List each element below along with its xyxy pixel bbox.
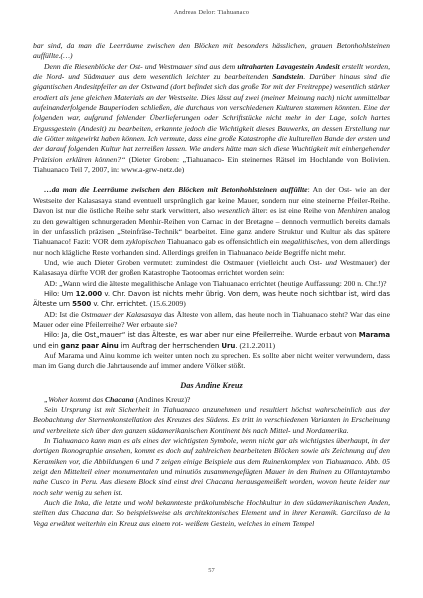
text-run: Auch die Inka, die letzte und wohl bekan… — [33, 498, 390, 528]
paragraph: Auch die Inka, die letzte und wohl bekan… — [33, 498, 390, 529]
paragraph: AD: Ist die Ostmauer der Kalasasaya das … — [33, 310, 390, 331]
text-run: AD: Ist die — [44, 310, 81, 319]
paragraph: Und, wie auch Dieter Groben vermutet: zu… — [33, 258, 390, 279]
text-run: (Andines Kreuz)? — [134, 395, 191, 404]
text-run: megalithisches — [281, 237, 327, 246]
text-run: Hilo: Ja, die Ost„mauer“ ist das Älteste… — [44, 331, 359, 339]
paragraph: AD: „Wann wird die älteste megalithische… — [33, 279, 390, 289]
page-number: 57 — [0, 567, 423, 574]
page-body: bar sind, da man die Leerräume zwischen … — [33, 41, 390, 529]
text-run: älter: es ist eine Reihe von — [250, 206, 338, 215]
running-header: Andreas Delor: Tiahuanaco — [33, 9, 390, 16]
text-run: Begriffe nicht mehr. — [282, 248, 346, 257]
text-run: Sein Ursprung ist mit Sicherheit in Tiah… — [33, 405, 390, 435]
text-run: bar sind, da man die Leerräume zwischen … — [33, 41, 390, 60]
text-run: …da man die Leerräume zwischen den Blöck… — [44, 185, 308, 194]
text-run: Menhiren — [338, 206, 368, 215]
text-run: Hilo: Um — [44, 290, 76, 298]
text-run: Auf Marama und Ainu komme ich weiter unt… — [33, 351, 390, 370]
text-run: In Tiahuanaco kann man es als eines der … — [33, 436, 390, 497]
text-run: Chacana — [105, 395, 134, 404]
text-run: Ostmauer der Kalasasaya — [81, 310, 162, 319]
section-heading: Das Andine Kreuz — [33, 381, 390, 391]
text-run: v. Chr. errichtet. — [91, 300, 150, 308]
text-run: ultraharten Lavagestein Andesit — [237, 62, 339, 71]
text-run: beide — [265, 248, 282, 257]
text-run: Uru — [221, 342, 235, 350]
text-run: wesentlich — [217, 206, 249, 215]
text-run: Das Andine Kreuz — [180, 381, 242, 390]
paragraph: Auf Marama und Ainu komme ich weiter unt… — [33, 351, 390, 372]
paragraph: „Woher kommt das Chacana (Andines Kreuz)… — [33, 395, 390, 405]
text-run: Sandstein — [272, 72, 303, 81]
text-run: Marama — [359, 331, 390, 339]
text-run: Denn die Riesenblöcke der Ost- und Westm… — [44, 62, 237, 71]
text-run: zyklopischen — [126, 237, 165, 246]
text-run: und — [325, 258, 337, 267]
text-run: im Auftrag der herrschenden — [119, 342, 222, 350]
text-run: ganz paar Ainu — [61, 342, 119, 350]
document-page: Andreas Delor: Tiahuanaco bar sind, da m… — [0, 0, 423, 598]
paragraph: Hilo: Um 12.000 v. Chr. Davon ist nichts… — [33, 289, 390, 310]
text-run: und ein — [33, 342, 61, 350]
paragraph: …da man die Leerräume zwischen den Blöck… — [33, 185, 390, 257]
text-run: 12.000 — [76, 290, 102, 298]
text-run: (15.6.2009) — [150, 299, 186, 308]
paragraph: Denn die Riesenblöcke der Ost- und Westm… — [33, 62, 390, 176]
text-run: Und, wie auch Dieter Groben vermutet: zu… — [44, 258, 325, 267]
text-run: . Darüber hinaus sind die gigantischen A… — [33, 72, 390, 164]
text-run: „Woher kommt das — [44, 395, 105, 404]
paragraph: Sein Ursprung ist mit Sicherheit in Tiah… — [33, 405, 390, 436]
paragraph: In Tiahuanaco kann man es als eines der … — [33, 436, 390, 498]
text-run: AD: „Wann wird die älteste megalithische… — [44, 279, 387, 288]
text-run: Tiahuanaco gab es offensichtlich ein — [165, 237, 281, 246]
text-run: (21.2.2011) — [240, 341, 276, 350]
text-run: 5500 — [72, 300, 91, 308]
paragraph: Hilo: Ja, die Ost„mauer“ ist das Älteste… — [33, 330, 390, 351]
paragraph: bar sind, da man die Leerräume zwischen … — [33, 41, 390, 62]
